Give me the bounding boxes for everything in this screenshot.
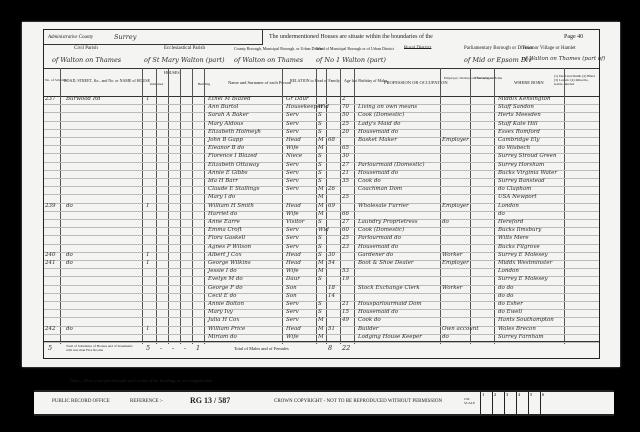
condition-cell: M [318,268,324,274]
name-cell: Flora Gaskell [208,235,245,241]
page-number: Page 40 [564,34,583,40]
col-occupation: PROFESSION OR OCCUPATION [384,80,448,85]
age-female-cell: 66 [342,211,349,217]
occupation-cell: Stock Exchange Clerk [358,285,420,291]
birthplace-cell: Essex Romford [498,129,540,135]
birthplace-cell: Bucks Ilmsbury [498,227,541,233]
birthplace-cell: Wales Brecon [498,326,536,332]
street-cell: do [66,252,73,258]
reference-value: RG 13 / 587 [190,396,230,405]
relation-cell: Gr Daur [286,96,309,102]
reference-label: REFERENCE :- [130,399,163,404]
name-cell: Sarah A Baker [208,112,249,118]
relation-cell: Serv [286,235,299,241]
condition-cell: M [318,317,324,323]
condition-cell: M [318,194,324,200]
name-cell: Claude E Stallings [208,186,260,192]
age-female-cell: 27 [342,219,349,225]
col-relation: RELATION to Head of Family [290,78,340,83]
archive-footer: PUBLIC RECORD OFFICE REFERENCE :- RG 13 … [34,390,614,416]
admin-county-box: Administrative County Surrey [44,30,263,45]
relation-cell: Head [286,137,301,143]
relation-cell: Serv [286,309,299,315]
occupation-cell: Laundry Proprietress [358,219,418,225]
occupation-cell: Cook (Domestic) [358,227,404,233]
condition-cell: S [318,153,322,159]
condition-cell: M [318,145,324,151]
rural-district-label: Rural District [404,46,431,51]
relation-cell: Wife [286,268,299,274]
occupation-cell: Lady's Maid do [358,121,400,127]
name-cell: Cecil E do [208,293,236,299]
schedule-cell: 237 [45,96,56,102]
condition-cell: S [318,170,322,176]
name-cell: Albert J Cox [208,252,242,258]
scale-mark: 4 [516,392,528,414]
name-cell: Harriet do [208,211,237,217]
scale-mark: 6 [540,392,552,414]
relation-cell: Serv [286,170,299,176]
birthplace-cell: do Ewell [498,309,522,315]
occupation-cell: Lodging House Keeper [358,334,422,340]
relation-cell: Serv [286,121,299,127]
inhabited-cell: 1 [146,96,150,102]
birthplace-cell: do Wisbech [498,145,530,151]
name-cell: Jessie I do [208,268,237,274]
occupation-cell: Housemaid do [358,129,398,135]
occupation-cell: Housemaid do [358,309,398,315]
birthplace-cell: Surrey Banstead [498,178,545,184]
total-schedules: 5 [48,344,52,352]
birthplace-cell: Middx Westminster [498,260,552,266]
birthplace-cell: USA Newport [498,194,537,200]
schedule-cell: 240 [45,252,56,258]
age-female-cell: 23 [342,244,349,250]
census-form: Administrative County Surrey The underme… [43,29,600,359]
inhabited-cell: 1 [146,252,150,258]
eccl-parish-label: Ecclesiastical Parish [164,46,205,51]
age-female-cell: 25 [342,121,349,127]
age-female-cell: 21 [342,170,349,176]
relation-cell: Head [286,260,301,266]
occupation-cell: Builder [358,326,379,332]
age-female-cell: 53 [342,268,349,274]
employer-cell: do [442,334,449,340]
col-where-born: WHERE BORN [514,80,544,85]
employer-cell: Worker [442,252,462,258]
name-cell: George Wilkins [208,260,251,266]
schedule-cell: 239 [45,203,56,209]
col-at-home: If Working at Home [474,76,502,80]
street-cell: do [66,203,73,209]
name-cell: Miriam do [208,334,237,340]
relation-cell: Son [286,285,297,291]
ward-value: of No 1 Walton (part) [316,56,386,64]
scale-mark: 5 [528,392,540,414]
name-cell: Emma Croft [208,227,242,233]
relation-cell: Serv [286,112,299,118]
urban-district-value: of Walton on Thames [234,56,303,64]
condition-cell: M [318,137,324,143]
admin-county-value: Surrey [114,33,136,41]
condition-cell: S [318,276,322,282]
age-female-cell: 19 [342,276,349,282]
employer-cell: Employer [442,137,469,143]
condition-cell: M [318,260,324,266]
relation-cell: Serv [286,227,299,233]
civil-parish-value: of Walton on Thames [52,56,121,64]
birthplace-cell: Bucks Filgrove [498,244,540,250]
age-male-cell: 26 [328,186,335,192]
name-cell: Annie E Gibbs [208,170,248,176]
occupation-cell: Housemaid do [358,170,398,176]
total-uninhabited: - [160,344,162,352]
occupation-cell: Parlourmaid (Domestic) [358,162,424,168]
totals-houses-label: Total of Schedules of Houses and of Tene… [66,344,138,352]
name-cell: Julia H Cox [208,317,239,323]
birthplace-cell: Staff Sandon [498,104,534,110]
name-cell: Ethel M Blazed [208,96,251,102]
occupation-cell: Cook (Domestic) [358,112,404,118]
name-cell: Ida H Barr [208,178,238,184]
age-female-cell: 21 [342,301,349,307]
total-not-occupied: - [172,344,174,352]
total-females: 22 [342,344,350,352]
relation-cell: Serv [286,178,299,184]
birthplace-cell: do do [498,285,513,291]
birthplace-cell: Surrey Farnham [498,334,544,340]
birthplace-cell: Staff Kate Hill [498,121,538,127]
condition-cell: M [318,334,324,340]
birthplace-cell: do do [498,293,513,299]
age-male-cell: 54 [328,260,335,266]
scale-mark: 3 [504,392,516,414]
name-cell: Mary I do [208,194,235,200]
condition-cell: S [318,219,322,225]
occupation-cell: Gardener do [358,252,393,258]
condition-cell: M [318,326,324,332]
eccl-parish-value: of St Mary Walton (part) [144,56,225,64]
occupation-cell: Housparlourmaid Dom [358,301,422,307]
district-row: Civil Parish of Walton on Thames Ecclesi… [44,44,599,69]
age-female-cell: 70 [342,104,349,110]
age-female-cell: 25 [342,194,349,200]
age-male-cell: 14 [328,293,335,299]
birthplace-cell: Cambridge Ely [498,137,540,143]
condition-cell: Wid [318,227,329,233]
schedule-cell: 241 [45,260,56,266]
col-age: Age last Birthday of Males [344,78,387,83]
street-cell: do [66,326,73,332]
birthplace-cell: Bucks Virginia Water [498,170,557,176]
office-label: PUBLIC RECORD OFFICE [52,399,110,404]
inhabited-cell: 1 [146,260,150,266]
scale-mark: 2 [492,392,504,414]
employer-cell: Employer [442,203,469,209]
employer-cell: Worker [442,285,462,291]
relation-cell: Serv [286,317,299,323]
birthplace-cell: do Clapham [498,186,531,192]
admin-county-label: Administrative County [48,35,93,40]
occupation-cell: Basket Maker [358,137,397,143]
condition-cell: S [318,301,322,307]
name-cell: William Price [208,326,245,332]
scale-label: CM SCALE [464,397,478,405]
birthplace-cell: London [498,203,519,209]
birthplace-cell: Herts Meesden [498,112,541,118]
inhabited-cell: 1 [146,203,150,209]
age-male-cell: 69 [328,203,335,209]
age-female-cell: 65 [342,145,349,151]
relation-cell: Head [286,326,301,332]
relation-cell: Serv [286,162,299,168]
condition-cell: S [318,112,322,118]
birthplace-cell: Surrey Horsham [498,162,544,168]
condition-cell: S [318,309,322,315]
condition-cell: S [318,244,322,250]
condition-cell: S [318,252,322,258]
occupation-cell: Cook do [358,178,381,184]
occupation-cell: Boot & Shoe Dealer [358,260,413,266]
employer-cell: do [442,219,449,225]
name-cell: Mary Ivy [208,309,233,315]
name-cell: George F do [208,285,243,291]
total-building: - [184,344,186,352]
name-cell: Mary Aldous [208,121,243,127]
condition-cell: S [318,129,322,135]
col-street: ROAD, STREET, &c., and No. or NAME of HO… [64,78,150,83]
relation-cell: Serv [286,129,299,135]
age-male-cell: 30 [328,252,335,258]
occupation-cell: Wholesale Furrier [358,203,409,209]
total-rooms: 1 [196,344,200,352]
relation-cell: Son [286,293,297,299]
age-female-cell: 49 [342,317,349,323]
relation-cell: Serv [286,301,299,307]
birthplace-cell: Wilts Mere [498,235,529,241]
occupation-cell: Cook do [358,317,381,323]
employer-cell: Own account [442,326,479,332]
footnote: Note.—Draw your pen through such words o… [70,378,213,383]
age-female-cell: 30 [342,153,349,159]
total-inhabited: 5 [146,344,150,352]
inhabited-cell: 1 [146,326,150,332]
relation-cell: Wife [286,145,299,151]
age-female-cell: 20 [342,129,349,135]
birthplace-cell: Surrey E Molesey [498,276,548,282]
name-cell: Agnes P Wilson [208,244,251,250]
civil-parish-label: Civil Parish [74,46,98,51]
age-male-cell: 18 [328,285,335,291]
age-female-cell: 60 [342,227,349,233]
copyright-text: CROWN COPYRIGHT - NOT TO BE REPRODUCED W… [274,399,442,404]
col-houses: HOUSES [164,70,180,75]
ward-label: Ward of Municipal Borough or of Urban Di… [316,46,394,51]
census-page: Administrative County Surrey The underme… [22,22,620,367]
age-female-cell: 35 [342,178,349,184]
birthplace-cell: Hereford [498,219,523,225]
intro-text: The undermentioned Houses are situate wi… [269,34,433,40]
occupation-cell: Living on own means [358,104,417,110]
age-female-cell: 27 [342,162,349,168]
totals-divider [44,341,599,342]
age-male-cell: 51 [328,326,335,332]
condition-cell: S [318,235,322,241]
name-cell: Evelyn M do [208,276,243,282]
condition-cell: S [318,178,322,184]
age-female-cell: 2 [342,96,346,102]
relation-cell: Niece [286,153,302,159]
name-cell: John B Gapp [208,137,243,143]
birthplace-cell: Middlx Kensington [498,96,551,102]
birthplace-cell: London [498,268,519,274]
occupation-cell: Coachman Dom [358,186,402,192]
schedule-cell: 242 [45,326,56,332]
total-males: 8 [328,344,332,352]
street-cell: Burwood Rd [66,96,100,102]
name-cell: Elizabeth Holmeyh [208,129,261,135]
age-female-cell: 50 [342,112,349,118]
relation-cell: Serv [286,244,299,250]
condition-cell: Wid [318,104,329,110]
name-cell: Florence I Blazed [208,153,257,159]
relation-cell: Wife [286,334,299,340]
relation-cell: Head [286,203,301,209]
col-infirmity: (1) Deaf and Dumb (2) Blind (3) Lunatic … [554,74,598,86]
name-cell: Ann Burtol [208,104,238,110]
birthplace-cell: Surrey Stroud Green [498,153,556,159]
relation-cell: Serv [286,186,299,192]
condition-cell: S [318,162,322,168]
town-value: of Walton on Thames (part of) [522,56,605,62]
birthplace-cell: do Esher [498,301,523,307]
condition-cell: M [318,211,324,217]
age-female-cell: 15 [342,309,349,315]
scale-mark: 1 [480,392,492,414]
occupation-cell: Housemaid do [358,244,398,250]
relation-cell: Wife [286,211,299,217]
birthplace-cell: Surrey E Molesey [498,252,548,258]
column-headers: No. of Schedule ROAD, STREET, &c., and N… [44,68,599,97]
relation-cell: Visitor [286,219,304,225]
name-cell: Eleanor B do [208,145,244,151]
street-cell: do [66,260,73,266]
occupation-cell: Parlourmaid do [358,235,401,241]
town-label: Town or Village or Hamlet [522,46,576,51]
totals-mf-label: Total of Males and of Females [234,346,289,351]
name-cell: Anne Earre [208,219,240,225]
name-cell: Elizabeth Ottaway [208,162,259,168]
name-cell: William H Smith [208,203,254,209]
condition-cell: M [318,203,324,209]
employer-cell: Employer [442,260,469,266]
condition-cell: S [318,121,322,127]
relation-cell: Daur [286,276,300,282]
birthplace-cell: do [498,211,505,217]
relation-cell: Head [286,252,301,258]
age-male-cell: 68 [328,137,335,143]
birthplace-cell: Hants Southampton [498,317,554,323]
condition-cell: M [318,186,324,192]
name-cell: Annie Bolton [208,301,244,307]
age-female-cell: 25 [342,235,349,241]
